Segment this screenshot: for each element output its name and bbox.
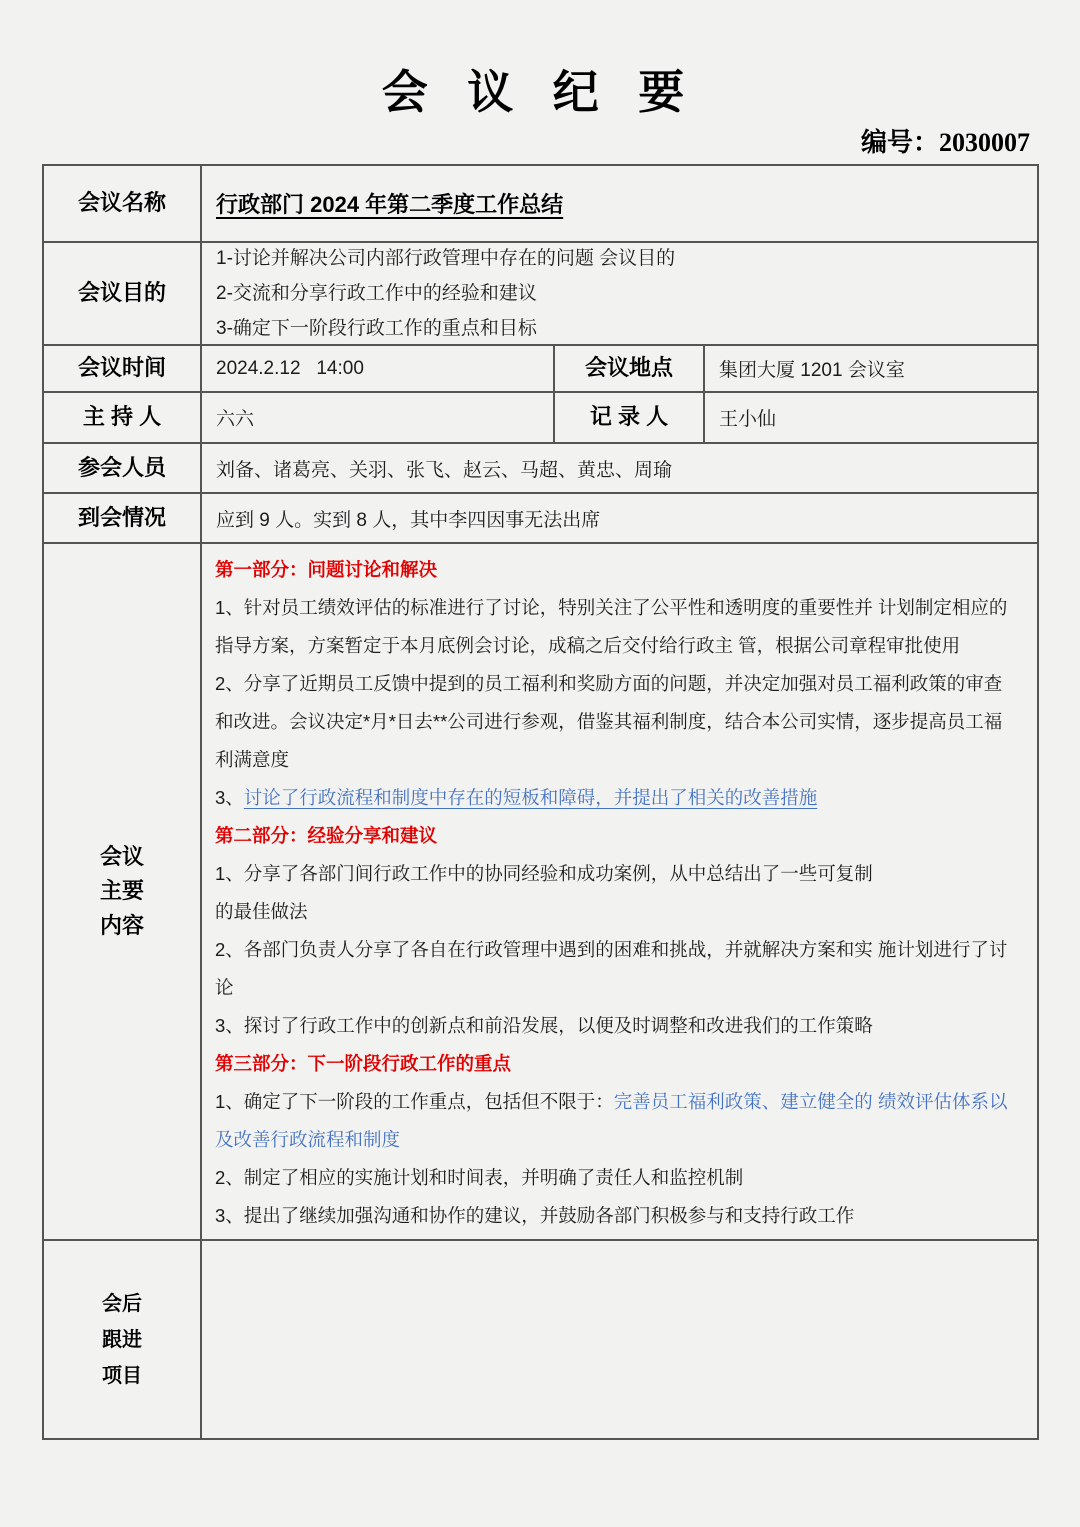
purpose-line-1: 1-讨论并解决公司内部行政管理中存在的问题 会议目的 — [216, 243, 675, 276]
attendance-label: 到会情况 — [44, 494, 202, 542]
row-follow-up: 会后 跟进 项目 — [44, 1241, 1037, 1438]
minutes-table: 会议名称 行政部门 2024 年第二季度工作总结 会议目的 1-讨论并解决公司内… — [42, 164, 1039, 1440]
recorder-label: 记 录 人 — [555, 393, 705, 442]
main-content-label: 会议 主要 内容 — [44, 544, 202, 1239]
content-line-emphasis: 1、确定了下一阶段的工作重点，包括但不限于：完善员工福利政策、建立健全的 绩效评… — [215, 1083, 1029, 1121]
page-title: 会 议 纪 要 — [0, 56, 1080, 122]
participants-value: 刘备、诸葛亮、关羽、张飞、赵云、马超、黄忠、周瑜 — [202, 444, 1037, 492]
section-3-heading: 第三部分：下一阶段行政工作的重点 — [215, 1045, 1029, 1083]
follow-up-content-empty — [202, 1241, 1037, 1438]
content-line: 1、分享了各部门间行政工作中的协同经验和成功案例，从中总结出了一些可复制 — [215, 855, 1029, 893]
meeting-place-value: 集团大厦 1201 会议室 — [705, 346, 1037, 391]
section-1-heading: 第一部分：问题讨论和解决 — [215, 551, 1029, 589]
content-line: 利满意度 — [215, 741, 1029, 779]
attendance-value: 应到 9 人。实到 8 人，其中李四因事无法出席 — [202, 494, 1037, 542]
content-line-emphasis: 及改善行政流程和制度 — [215, 1121, 1029, 1159]
meeting-name-label: 会议名称 — [44, 166, 202, 241]
content-line: 的最佳做法 — [215, 893, 1029, 931]
content-line: 3、提出了继续加强沟通和协作的建议，并鼓励各部门积极参与和支持行政工作 — [215, 1197, 1029, 1235]
content-line: 指导方案，方案暂定于本月底例会讨论，成稿之后交付给行政主 管，根据公司章程审批使… — [215, 627, 1029, 665]
row-participants: 参会人员 刘备、诸葛亮、关羽、张飞、赵云、马超、黄忠、周瑜 — [44, 444, 1037, 494]
host-label: 主 持 人 — [44, 393, 202, 442]
follow-up-label: 会后 跟进 项目 — [44, 1241, 202, 1438]
doc-number: 编号：2030007 — [861, 122, 1030, 159]
meeting-name-text: 行政部门 2024 年第二季度工作总结 — [216, 188, 563, 219]
meeting-name-value: 行政部门 2024 年第二季度工作总结 — [202, 166, 1037, 241]
content-line: 论 — [215, 969, 1029, 1007]
meeting-place-label: 会议地点 — [555, 346, 705, 391]
host-value: 六六 — [202, 393, 555, 442]
row-meeting-purpose: 会议目的 1-讨论并解决公司内部行政管理中存在的问题 会议目的 2-交流和分享行… — [44, 243, 1037, 346]
content-line: 和改进。会议决定*月*日去**公司进行参观，借鉴其福利制度，结合本公司实情，逐步… — [215, 703, 1029, 741]
content-line: 1、针对员工绩效评估的标准进行了讨论，特别关注了公平性和透明度的重要性并 计划制… — [215, 589, 1029, 627]
content-line: 3、探讨了行政工作中的创新点和前沿发展，以便及时调整和改进我们的工作策略 — [215, 1007, 1029, 1045]
main-content-body: 第一部分：问题讨论和解决 1、针对员工绩效评估的标准进行了讨论，特别关注了公平性… — [202, 544, 1037, 1239]
row-host-recorder: 主 持 人 六六 记 录 人 王小仙 — [44, 393, 1037, 444]
content-line: 2、制定了相应的实施计划和时间表，并明确了责任人和监控机制 — [215, 1159, 1029, 1197]
recorder-value: 王小仙 — [705, 393, 1037, 442]
content-line-link: 3、讨论了行政流程和制度中存在的短板和障碍，并提出了相关的改善措施 — [215, 779, 1029, 817]
row-main-content: 会议 主要 内容 第一部分：问题讨论和解决 1、针对员工绩效评估的标准进行了讨论… — [44, 544, 1037, 1241]
row-meeting-name: 会议名称 行政部门 2024 年第二季度工作总结 — [44, 166, 1037, 243]
participants-label: 参会人员 — [44, 444, 202, 492]
content-line: 2、各部门负责人分享了各自在行政管理中遇到的困难和挑战，并就解决方案和实 施计划… — [215, 931, 1029, 969]
meeting-time-value: 2024.2.12 14:00 — [202, 346, 555, 391]
improvement-link-text: 讨论了行政流程和制度中存在的短板和障碍，并提出了相关的改善措施 — [244, 787, 818, 808]
meeting-purpose-value: 1-讨论并解决公司内部行政管理中存在的问题 会议目的 2-交流和分享行政工作中的… — [202, 243, 1037, 344]
purpose-line-3: 3-确定下一阶段行政工作的重点和目标 — [216, 311, 537, 344]
meeting-time-label: 会议时间 — [44, 346, 202, 391]
row-time-place: 会议时间 2024.2.12 14:00 会议地点 集团大厦 1201 会议室 — [44, 346, 1037, 393]
meeting-purpose-label: 会议目的 — [44, 243, 202, 344]
purpose-line-2: 2-交流和分享行政工作中的经验和建议 — [216, 276, 537, 311]
content-line: 2、分享了近期员工反馈中提到的员工福利和奖励方面的问题，并决定加强对员工福利政策… — [215, 665, 1029, 703]
row-attendance: 到会情况 应到 9 人。实到 8 人，其中李四因事无法出席 — [44, 494, 1037, 544]
section-2-heading: 第二部分：经验分享和建议 — [215, 817, 1029, 855]
